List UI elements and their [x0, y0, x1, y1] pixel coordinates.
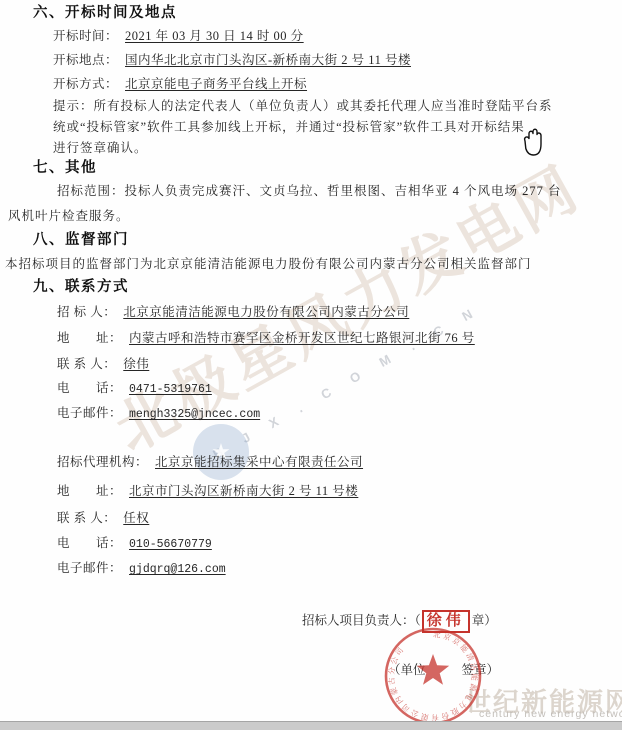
field-tenderer-phone: 电 话：0471-5319761	[57, 381, 212, 397]
field-tenderer-name: 招 标 人：北京京能清洁能源电力股份有限公司内蒙古分公司	[57, 305, 409, 320]
tenderer-name-label: 招 标 人：	[57, 305, 116, 319]
field-tenderer-email: 电子邮件：mengh3325@jncec.com	[57, 406, 260, 422]
note-line-1: 提示：所有投标人的法定代表人（单位负责人）或其委托代理人应当准时登陆平台系	[53, 99, 553, 114]
section8-heading: 八、监督部门	[33, 233, 129, 248]
field-bid-open-time: 开标时间：2021 年 03 月 30 日 14 时 00 分	[53, 29, 304, 44]
tenderer-address-label: 地 址：	[57, 331, 122, 345]
tenderer-email-label: 电子邮件：	[57, 406, 122, 420]
bid-open-method-value: 北京京能电子商务平台线上开标	[125, 77, 307, 91]
bottom-watermark-subtitle: century new energy network	[479, 708, 622, 720]
hand-cursor-icon	[520, 127, 546, 157]
tenderer-contact-value: 徐伟	[123, 357, 149, 371]
field-agency-phone: 电 话：010-56670779	[57, 536, 212, 552]
bid-open-time-value: 2021 年 03 月 30 日 14 时 00 分	[125, 29, 304, 43]
agency-name-value: 北京京能招标集采中心有限责任公司	[155, 455, 363, 469]
field-agency-address: 地 址：北京市门头沟区新桥南大街 2 号 11 号楼	[57, 484, 358, 499]
agency-contact-value: 任权	[123, 511, 149, 525]
company-seal: 北京京能清洁能源电力股份有限公司内蒙古分公司	[383, 626, 483, 726]
agency-contact-label: 联 系 人：	[57, 511, 116, 525]
tenderer-address-value: 内蒙古呼和浩特市赛罕区金桥开发区世纪七路银河北街 76 号	[129, 331, 475, 345]
tenderer-contact-label: 联 系 人：	[57, 357, 116, 371]
bid-open-method-label: 开标方式：	[53, 77, 118, 91]
agency-name-label: 招标代理机构：	[57, 455, 148, 469]
field-bid-open-place: 开标地点：国内华北北京市门头沟区-新桥南大街 2 号 11 号楼	[53, 53, 411, 68]
tenderer-phone-value: 0471-5319761	[129, 383, 212, 396]
section7-heading: 七、其他	[33, 161, 97, 176]
section9-heading: 九、联系方式	[33, 280, 129, 295]
agency-address-value: 北京市门头沟区新桥南大街 2 号 11 号楼	[129, 484, 358, 498]
tenderer-name-value: 北京京能清洁能源电力股份有限公司内蒙古分公司	[123, 305, 409, 319]
agency-address-label: 地 址：	[57, 484, 122, 498]
bottom-scroll-edge	[0, 721, 622, 730]
note-line-3: 进行签章确认。	[53, 141, 148, 156]
tender-document-page: 北极星风力发电网 B J X . C O M . C N ★ 世纪新能源网 ce…	[0, 0, 622, 730]
agency-phone-value: 010-56670779	[129, 538, 212, 551]
note-line-2: 统或“投标管家”软件工具参加线上开标，并通过“投标管家”软件工具对开标结果	[53, 120, 525, 135]
scope-line-1: 招标范围：投标人负责完成赛汗、文贞乌拉、哲里根图、吉相华亚 4 个风电场 277…	[57, 184, 562, 199]
field-tenderer-contact: 联 系 人：徐伟	[57, 357, 149, 372]
seal-star-icon	[417, 654, 449, 685]
tenderer-phone-label: 电 话：	[57, 381, 122, 395]
tenderer-email-value: mengh3325@jncec.com	[129, 408, 260, 421]
agency-email-label: 电子邮件：	[57, 561, 122, 575]
scope-line-2: 风机叶片检查服务。	[8, 209, 130, 224]
agency-phone-label: 电 话：	[57, 536, 122, 550]
field-tenderer-address: 地 址：内蒙古呼和浩特市赛罕区金桥开发区世纪七路银河北街 76 号	[57, 331, 475, 346]
section6-heading: 六、开标时间及地点	[33, 6, 177, 21]
field-agency-name: 招标代理机构：北京京能招标集采中心有限责任公司	[57, 455, 363, 470]
field-agency-email: 电子邮件：gjdqrq@126.com	[57, 561, 226, 577]
bid-open-place-label: 开标地点：	[53, 53, 118, 67]
bid-open-place-value: 国内华北北京市门头沟区-新桥南大街 2 号 11 号楼	[125, 53, 411, 67]
field-bid-open-method: 开标方式：北京京能电子商务平台线上开标	[53, 77, 307, 92]
field-agency-contact: 联 系 人：任权	[57, 511, 149, 526]
supervision-body: 本招标项目的监督部门为北京京能清洁能源电力股份有限公司内蒙古分公司相关监督部门	[5, 257, 532, 272]
bid-open-time-label: 开标时间：	[53, 29, 118, 43]
agency-email-value: gjdqrq@126.com	[129, 563, 226, 576]
watermark-star-logo: ★	[193, 424, 249, 480]
